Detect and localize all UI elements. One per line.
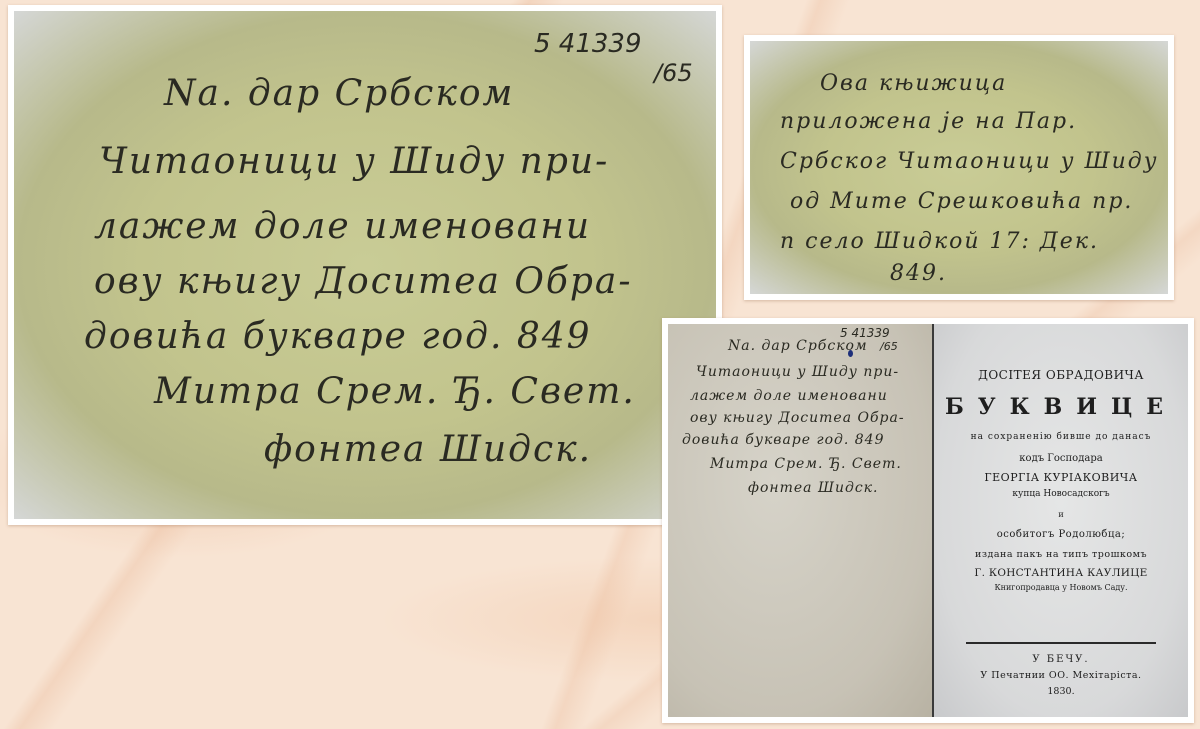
- accession-sub: /65: [654, 59, 693, 87]
- title-page-rule: [966, 642, 1156, 644]
- inscription-line: фонтеа Шидск.: [748, 480, 878, 496]
- inscription-line: лажем доле именовани: [690, 388, 888, 404]
- title-page-patriot: особитогъ Родолюбца;: [934, 529, 1188, 540]
- book-spread-photo: 5 41339 /65 Na. дар Србском Читаоници у …: [662, 318, 1194, 723]
- inscription-line: Na. дар Србском: [728, 338, 868, 354]
- inscription-line: Читаоници у Шиду при-: [696, 364, 899, 380]
- title-page-printer: У Печатнии ОО. Мехітарістa.: [934, 670, 1188, 681]
- inscription-line: Na. дар Србском: [164, 73, 514, 114]
- inscription-main-paper: 5 41339 /65 Na. дар Србском Читаоници у …: [14, 11, 716, 519]
- title-page-title: БУКВИЦЕ: [934, 394, 1188, 420]
- title-page-city: У БЕЧУ.: [934, 654, 1188, 665]
- inscription-line: п село Шидкой 17: Дек.: [780, 229, 1099, 254]
- inscription-main-photo: 5 41339 /65 Na. дар Србском Читаоници у …: [8, 5, 722, 525]
- inscription-line: Србског Читаоници у Шиду: [780, 149, 1158, 174]
- inscription-line: 849.: [890, 261, 947, 286]
- book-left-page: 5 41339 /65 Na. дар Србском Читаоници у …: [668, 324, 934, 717]
- title-page-author: ДОСІТЕЯ ОБРАДОВИЧА: [934, 368, 1188, 382]
- accession-sub: /65: [880, 340, 898, 353]
- inscription-line: ову књигу Доситеа Обра-: [690, 410, 905, 426]
- inscription-line: лажем доле именовани: [94, 206, 591, 247]
- inscription-second-photo: Ова књижица приложена је на Пар. Србског…: [744, 35, 1174, 300]
- inscription-line: Митра Срем. Ђ. Свет.: [154, 371, 636, 412]
- title-page-merchant: купца Новосадскогъ: [934, 489, 1188, 499]
- inscription-line: Ова књижица: [820, 71, 1007, 96]
- inscription-line: приложена је на Пар.: [780, 109, 1077, 134]
- title-page: ДОСІТЕЯ ОБРАДОВИЧА БУКВИЦЕ на сохраненію…: [934, 324, 1188, 717]
- accession-number: 5 41339: [534, 29, 642, 59]
- inscription-line: од Мите Срешковића пр.: [790, 189, 1133, 214]
- title-page-published: издана пакъ на типъ трошкомъ: [934, 549, 1188, 560]
- inscription-second-paper: Ова књижица приложена је на Пар. Србског…: [750, 41, 1168, 294]
- inscription-line: довића букваре год. 849: [84, 316, 592, 357]
- title-page-publisher: Г. КОНСТАНТИНА КАУЛИЦЕ: [934, 567, 1188, 579]
- inscription-line: Читаоници у Шиду при-: [99, 141, 609, 182]
- title-page-bookseller: Книгопродавца у Новомъ Саду.: [934, 583, 1188, 592]
- title-page-patron: ГЕОРГІА КУРІАКОВИЧА: [934, 471, 1188, 484]
- inscription-line: довића букваре год. 849: [682, 432, 885, 448]
- title-page-kod: кодъ Господара: [934, 453, 1188, 464]
- inscription-line: Митра Срем. Ђ. Свет.: [710, 456, 902, 472]
- book-spread: 5 41339 /65 Na. дар Србском Читаоници у …: [668, 324, 1188, 717]
- inscription-line: ову књигу Доситеа Обра-: [94, 261, 633, 302]
- title-page-year: 1830.: [934, 686, 1188, 697]
- title-page-and: и: [934, 510, 1188, 519]
- title-page-subtitle: на сохраненію бивше до данасъ: [934, 432, 1188, 442]
- inscription-line: фонтеа Шидск.: [264, 429, 592, 470]
